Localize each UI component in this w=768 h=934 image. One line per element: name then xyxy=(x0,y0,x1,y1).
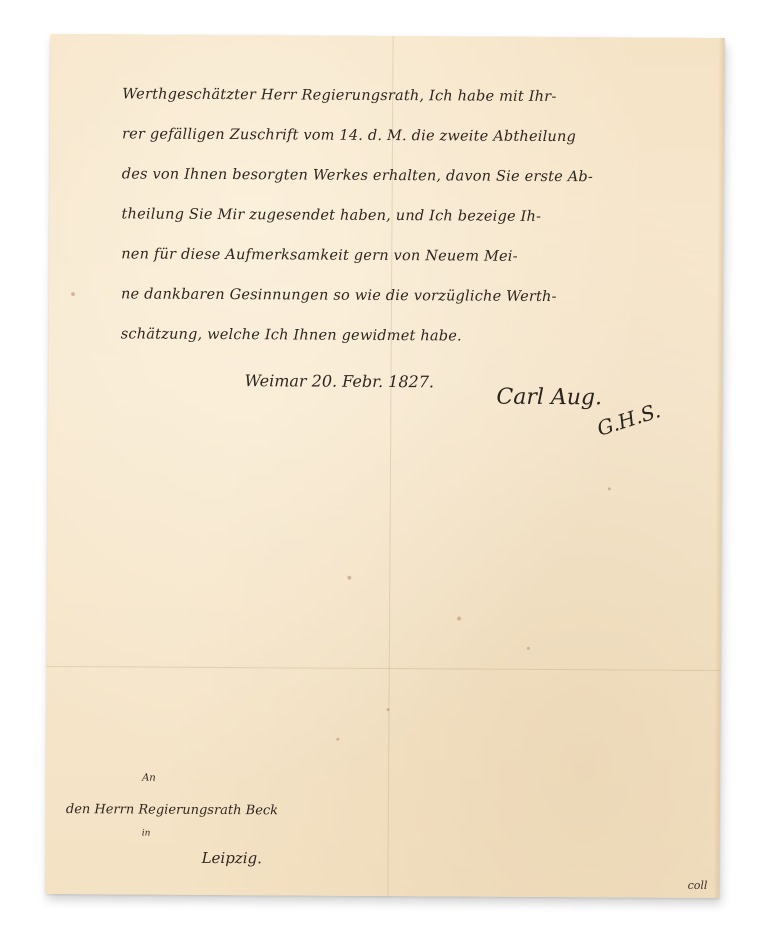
letter-line: rer gefälligen Zuschrift vom 14. d. M. d… xyxy=(122,126,576,145)
address-an: An xyxy=(142,773,156,784)
foxing-spot xyxy=(527,647,530,650)
letter-line: des von Ihnen besorgten Werkes erhalten,… xyxy=(122,166,593,185)
paper-edge-shadow xyxy=(713,38,724,898)
letter-line: schätzung, welche Ich Ihnen gewidmet hab… xyxy=(121,326,462,344)
corner-annotation: coll xyxy=(688,879,708,892)
letter-dateline: Weimar 20. Febr. 1827. xyxy=(244,371,434,391)
foxing-spot xyxy=(336,738,339,741)
letter-line: ne dankbaren Gesinnungen so wie die vorz… xyxy=(121,286,557,305)
horizontal-fold-line xyxy=(47,666,721,671)
address-city: Leipzig. xyxy=(202,849,262,867)
foxing-spot xyxy=(608,487,611,490)
foxing-spot xyxy=(347,576,351,580)
foxing-spot xyxy=(457,616,461,620)
signature: Carl Aug. xyxy=(496,385,602,411)
foxing-spot xyxy=(387,708,390,711)
letter-paper: Werthgeschätzter Herr Regierungsrath, Ic… xyxy=(45,34,724,898)
address-recipient: den Herrn Regierungsrath Beck xyxy=(66,802,278,818)
letter-line: theilung Sie Mir zugesendet haben, und I… xyxy=(121,206,541,225)
letter-line: Werthgeschätzter Herr Regierungsrath, Ic… xyxy=(122,86,556,105)
address-in: in xyxy=(142,829,151,839)
vertical-fold-line xyxy=(387,36,393,896)
signature-monogram: G.H.S. xyxy=(594,398,663,441)
letter-line: nen für diese Aufmerksamkeit gern von Ne… xyxy=(121,246,518,264)
foxing-spot xyxy=(71,292,75,296)
